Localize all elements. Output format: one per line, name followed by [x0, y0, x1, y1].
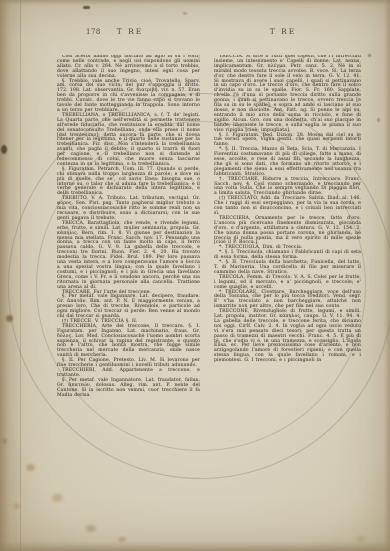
running-head-right: T RE	[248, 27, 318, 36]
foxing-speck-right-1	[368, 54, 371, 57]
foxing-spot-bottom-2	[52, 494, 63, 502]
dictionary-paragraph: §. Trebbio, vale anche Trivio, cioè, Tro…	[57, 80, 200, 114]
dictionary-paragraph: TRECCIERA, Ornamento per le trecce, fatt…	[214, 217, 361, 246]
right-text-column: TRECCIA. Si dice a Tutti quei capelli, c…	[214, 55, 361, 447]
foxing-spot-bottom-3	[86, 525, 96, 532]
dictionary-paragraph: TRECCIA. Si dice a Tutti quei capelli, c…	[214, 55, 361, 134]
dictionary-paragraph: TRECCHERIA, Arte del treccone, Il trecca…	[57, 325, 200, 359]
dictionary-paragraph: * TRECOLARE, Civettare, Barcheggiare, vo…	[214, 291, 361, 311]
dictionary-paragraph: TRECCONE, Rivendugliolo di frutte, legum…	[214, 310, 361, 364]
page-right-edge-shading	[384, 0, 390, 551]
foxing-speck-top	[183, 12, 187, 15]
dictionary-paragraph: Così acerbi hanno oggi lasciato ad agio …	[57, 55, 200, 80]
dictionary-paragraph: *. §. II. Treccia, Mazzo di Seta, Scia, …	[214, 148, 361, 177]
dictionary-paragraph: §. Per metaf. vale Ingannare. Lat. decip…	[57, 295, 200, 320]
dictionary-paragraph: TREBELLIANA, o TREBELLIANICA, s. f. T. d…	[57, 114, 200, 168]
page-bottom-edge-shading	[0, 541, 390, 551]
foxing-speck-right-2	[377, 118, 380, 122]
dictionary-paragraph: TRECCA, Barattagliola, che vende, e rive…	[57, 222, 200, 291]
dictionary-paragraph: §. I. Figuratam. Ded. Dizion. 28. Mossa …	[214, 134, 361, 149]
foxing-spot-bottom-1	[26, 464, 35, 471]
dictionary-paragraph: *. §. II. Trecciuola della barchetta, Fu…	[214, 261, 361, 276]
scanned-book-page: 178 T RE T RE Così acerbi hanno oggi las…	[0, 0, 390, 551]
running-head-left: T RE	[95, 27, 165, 36]
dictionary-paragraph: §. Per metaf. vale Ingannatore. Lat. fra…	[57, 379, 200, 399]
left-text-column: Così acerbi hanno oggi lasciato ad agio …	[57, 55, 200, 447]
page-left-edge-line	[20, 0, 21, 551]
dictionary-paragraph: TREBUTO, V. A. Tributo. Lat. tributum, v…	[57, 197, 200, 222]
page-left-edge-shading	[0, 0, 22, 551]
page-top-edge-shading	[0, 0, 390, 5]
dictionary-paragraph: (†) TRECCIATO, Add. da Trecciare. Salvin…	[214, 197, 361, 217]
ink-smudge-top	[83, 6, 90, 9]
dictionary-paragraph: †. TRECCIARE, Ridurre a treccia, Intrecc…	[214, 178, 361, 198]
dictionary-paragraph: §. Figuratam. Petrarch. Uom. ill. 77. Qu…	[57, 168, 200, 197]
dictionary-paragraph: TRECOLA, Femm. di Trecolo. V. A. S. Cole…	[214, 276, 361, 291]
